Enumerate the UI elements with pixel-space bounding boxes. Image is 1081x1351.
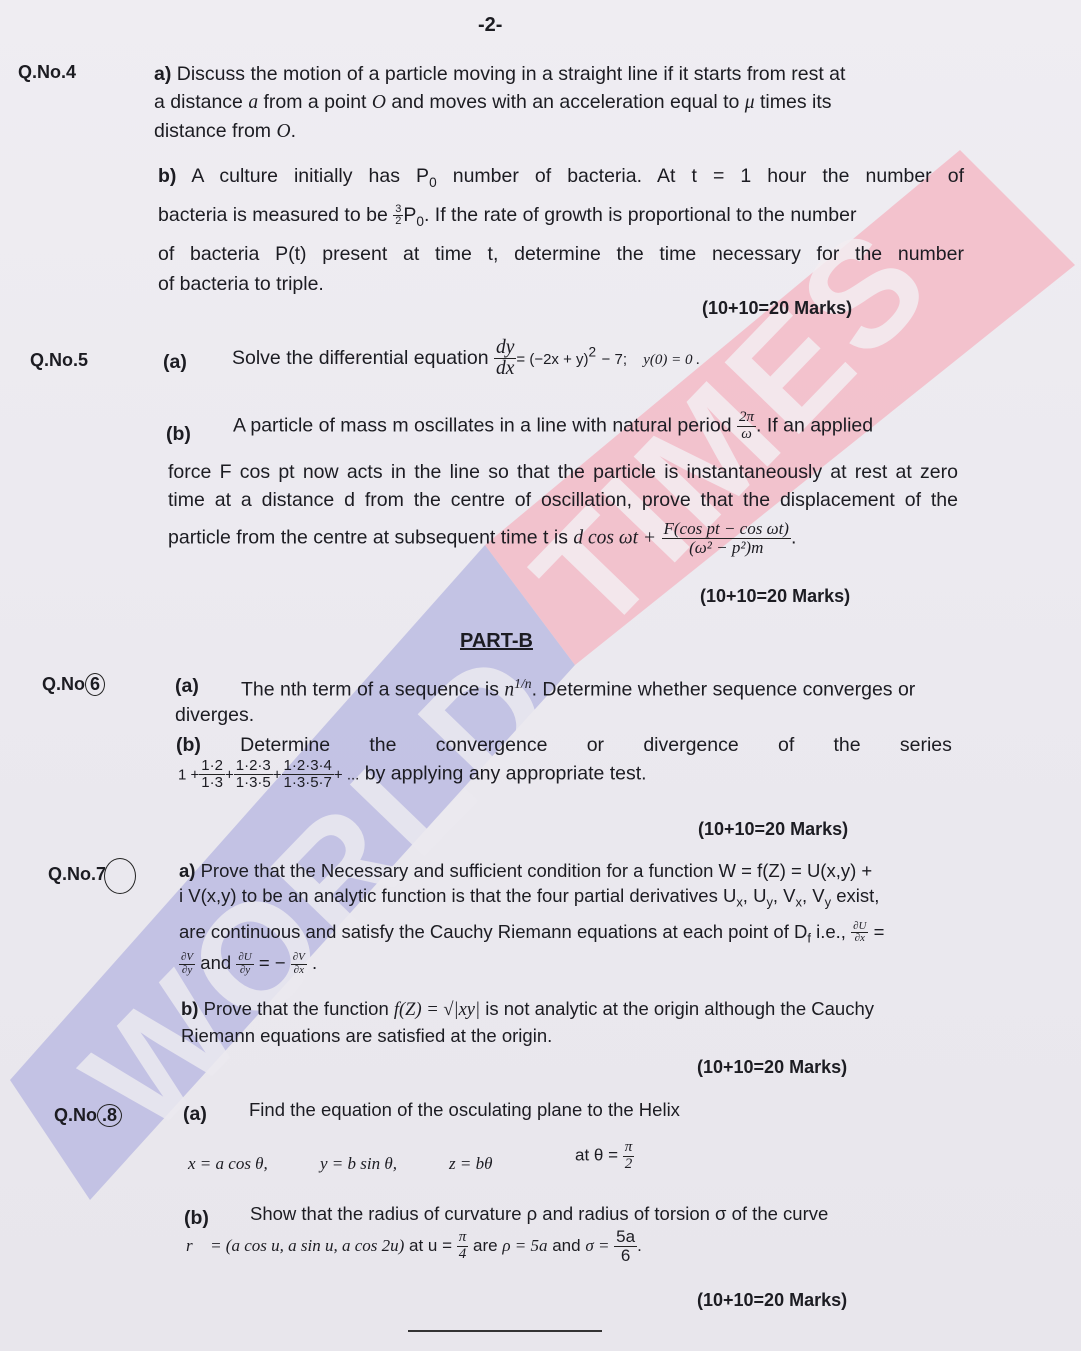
q8b-u-num: π — [457, 1230, 469, 1247]
q4b-line1-post: number of bacteria. At t = 1 hour the nu… — [453, 165, 964, 187]
q6b-series-end: + ... — [334, 766, 359, 783]
q8b-curve: r⃗ = (a cos u, a sin u, a cos 2u) — [186, 1236, 404, 1255]
q4b-p-sub: 0 — [416, 214, 424, 229]
q7b-line1-pre: Prove that the function — [204, 998, 389, 1019]
q8a-label: (a) — [183, 1100, 207, 1128]
marks-q5: (10+10=20 Marks) — [700, 586, 850, 607]
q8b-at: at u = — [409, 1236, 452, 1255]
q7a-label: a) — [179, 860, 195, 881]
q6b-series-start: 1 + — [178, 766, 199, 783]
q5-part-b-line1: A particle of mass m oscillates in a lin… — [233, 410, 959, 443]
q6b-term-num: 1·2 — [199, 758, 225, 775]
q4b-line2-pre: bacteria is measured to be — [158, 204, 388, 226]
q5b-frac-den: (ω² − p²)m — [662, 539, 791, 557]
q4a-line2-end: times its — [760, 91, 832, 113]
exam-page: WORLD TIMES -2- Q.No.4 a) Discuss the mo… — [0, 0, 1081, 1351]
q5b-line2: force F cos pt now acts in the line so t… — [168, 458, 958, 486]
q8b-u-den: 4 — [457, 1247, 469, 1263]
q5b-line1-end: . If an applied — [756, 414, 873, 436]
q5-part-b-body: force F cos pt now acts in the line so t… — [168, 458, 958, 557]
q8b-sigma-frac: 5a6 — [614, 1228, 637, 1265]
q4a-line3-end: . — [291, 120, 296, 142]
end-divider — [408, 1330, 602, 1332]
marks-q7: (10+10=20 Marks) — [697, 1057, 847, 1078]
q7a-cr-den: ∂x — [851, 933, 868, 945]
q4b-frac-den: 2 — [393, 216, 403, 228]
q8-label-num: .8 — [97, 1104, 122, 1127]
q7a-sub: y — [766, 895, 772, 910]
q5a-eq-tail: − 7; — [602, 351, 627, 368]
q7a-sub: x — [736, 895, 742, 910]
q5a-text: Solve the differential equation — [232, 347, 489, 369]
q4b-line1-pre: A culture initially has P — [191, 165, 429, 187]
q8b-are: are — [473, 1236, 498, 1255]
q8b-sigma: σ = — [585, 1236, 609, 1255]
q4a-line3-var: O — [276, 121, 290, 142]
q6b-term-num: 1·2·3·4 — [282, 758, 334, 775]
q5b-line4-expr: d cos ωt + — [573, 528, 656, 549]
q6b-term-den: 1·3 — [199, 775, 225, 791]
q8b-sigma-num: 5a — [614, 1228, 637, 1247]
q4b-label: b) — [158, 165, 176, 187]
q4a-var-a: a — [248, 92, 258, 113]
q7b-line1-post: is not analytic at the origin although t… — [485, 998, 874, 1019]
q7a-line1: Prove that the Necessary and sufficient … — [201, 860, 873, 881]
q5b-label: (b) — [166, 420, 191, 448]
q4b-line3: of bacteria P(t) present at time t, dete… — [158, 238, 964, 271]
q7a-line2: i V(x,y) to be an analytic function is t… — [179, 885, 736, 906]
q8b-and: and — [552, 1236, 580, 1255]
q5b-period-num: 2π — [737, 410, 756, 427]
q7a-line3-end: i.e., — [816, 921, 846, 942]
q7a-line3-sub: f — [807, 930, 811, 945]
q5b-line1: A particle of mass m oscillates in a lin… — [233, 414, 732, 436]
q7b-line2: Riemann equations are satisfied at the o… — [181, 1023, 951, 1049]
marks-q6: (10+10=20 Marks) — [698, 819, 848, 840]
q7-part-a: a) Prove that the Necessary and sufficie… — [179, 858, 949, 977]
q4-part-a: a) Discuss the motion of a particle movi… — [154, 60, 964, 146]
q8a-eq3: z = bθ — [449, 1150, 492, 1178]
q7a-cr-den: ∂y — [179, 965, 195, 977]
marks-q4: (10+10=20 Marks) — [702, 298, 852, 319]
q8b-line1: Show that the radius of curvature ρ and … — [250, 1200, 828, 1228]
q4b-p: P — [403, 204, 416, 226]
q6a-expr: n — [504, 680, 514, 701]
q8b-end: . — [637, 1236, 642, 1255]
q6a-line2: diverges. — [175, 703, 945, 727]
q8a-eq2: y = b sin θ, — [320, 1150, 397, 1178]
q8a-text: Find the equation of the osculating plan… — [249, 1096, 680, 1124]
q5b-period: 2πω — [737, 410, 756, 443]
q6b-word: of — [778, 731, 794, 759]
q5a-dydx: dydx — [494, 338, 516, 380]
q6b-word: the — [834, 731, 861, 759]
q4a-line1: Discuss the motion of a particle moving … — [177, 63, 846, 85]
q4b-fraction: 32 — [393, 204, 403, 228]
q4-part-b: b) A culture initially has P0 number of … — [158, 160, 964, 297]
q5a-den: dx — [494, 359, 516, 379]
q6b-word: series — [900, 731, 952, 759]
handwritten-circle-icon — [104, 858, 136, 894]
q8a-frac-den: 2 — [623, 1157, 635, 1173]
q8a-frac-num: π — [623, 1140, 635, 1157]
q6-part-a: The nth term of a sequence is n1/n. Dete… — [175, 672, 945, 727]
q6-part-b-line1: (b) Determine the convergence or diverge… — [176, 731, 952, 759]
q7a-cr-den: ∂y — [236, 965, 253, 977]
q5-part-a: Solve the differential equation dydx= (−… — [232, 338, 700, 380]
q4a-label: a) — [154, 63, 171, 85]
q8b-line2: r⃗ = (a cos u, a sin u, a cos 2u) at u =… — [186, 1228, 642, 1265]
question-label-q5: Q.No.5 — [30, 350, 88, 371]
q7a-and: and — [200, 952, 231, 973]
q8b-rho: ρ = 5a — [502, 1236, 547, 1255]
q8a-at-text: at θ = — [575, 1146, 618, 1165]
q4a-line2-mid: from a point — [264, 91, 367, 113]
q5a-exp: 2 — [589, 345, 597, 360]
q7a-cr4: ∂V∂x — [291, 952, 307, 976]
q6a-text-post: . Determine whether sequence converges o… — [532, 679, 916, 701]
q6b-term: 1·2·31·3·5 — [234, 758, 273, 791]
q6b-term-den: 1·3·5 — [234, 775, 273, 791]
q8a-fraction: π2 — [623, 1140, 635, 1173]
q4a-line3: distance from — [154, 120, 271, 142]
q5b-period-den: ω — [737, 427, 756, 443]
q8b-u-frac: π4 — [457, 1230, 469, 1263]
q6b-word: convergence — [436, 731, 548, 759]
q5a-label: (a) — [163, 348, 187, 376]
q4a-line2-pre: a distance — [154, 91, 243, 113]
q8-label-pre: Q.No — [54, 1105, 97, 1125]
question-label-q4: Q.No.4 — [18, 62, 76, 83]
q6b-term: 1·21·3 — [199, 758, 225, 791]
q7a-cr3: ∂U∂y — [236, 952, 253, 976]
q4b-line4: of bacteria to triple. — [158, 271, 964, 297]
q5b-line4-pre: particle from the centre at subsequent t… — [168, 527, 568, 549]
q5a-eq: = (−2x + y) — [516, 351, 588, 368]
q6a-expr-sup: 1/n — [514, 676, 531, 691]
q7a-line2-end: exist, — [836, 885, 879, 906]
q4a-var-mu: μ — [745, 92, 755, 113]
q4b-sub: 0 — [429, 175, 437, 190]
question-label-q6: Q.No6 — [42, 673, 105, 696]
q5a-num: dy — [494, 338, 516, 359]
q4a-line2-post: and moves with an acceleration equal to — [391, 91, 739, 113]
q5b-line4-end: . — [791, 527, 796, 549]
q6-series: 1 +1·21·3+1·2·31·3·5+1·2·3·41·3·5·7+ ...… — [178, 758, 647, 791]
question-label-q8: Q.No.8 — [54, 1104, 122, 1127]
q7a-sub: x — [796, 895, 802, 910]
q6b-word: Determine — [240, 731, 330, 759]
page-number: -2- — [478, 14, 502, 37]
q6b-term-den: 1·3·5·7 — [282, 775, 334, 791]
section-heading-part-b: PART-B — [460, 630, 533, 653]
q6b-line2-post: by applying any appropriate test. — [365, 762, 647, 784]
q7a-sub: y — [825, 895, 831, 910]
q8a-at: at θ = π2 — [575, 1140, 634, 1173]
q6b-word: or — [587, 731, 604, 759]
q7-part-b: b) Prove that the function f(Z) = √|xy| … — [181, 996, 951, 1049]
q7b-expr: f(Z) = √|xy| — [394, 1000, 480, 1020]
q6b-label: (b) — [176, 731, 201, 759]
q5b-fraction: F(cos pt − cos ωt)(ω² − p²)m — [662, 520, 791, 557]
q6-label-num: 6 — [85, 673, 105, 696]
q6-label-pre: Q.No — [42, 674, 85, 694]
q8a-eq1: x = a cos θ, — [188, 1150, 268, 1178]
q4a-var-o: O — [372, 92, 386, 113]
q5b-frac-num: F(cos pt − cos ωt) — [662, 520, 791, 539]
question-label-q7: Q.No.7 — [48, 864, 106, 885]
q6b-term-num: 1·2·3 — [234, 758, 273, 775]
q4b-line2-post: . If the rate of growth is proportional … — [424, 204, 857, 226]
q6b-term: 1·2·3·41·3·5·7 — [282, 758, 334, 791]
q6a-text-pre: The nth term of a sequence is — [241, 679, 499, 701]
q5a-condition: y(0) = 0 . — [643, 352, 700, 368]
q6b-word: the — [369, 731, 396, 759]
q6b-word: divergence — [643, 731, 738, 759]
marks-q8: (10+10=20 Marks) — [697, 1290, 847, 1311]
q7a-cr2: ∂V∂y — [179, 952, 195, 976]
q8b-sigma-den: 6 — [614, 1247, 637, 1265]
q7a-cr1: ∂U∂x — [851, 921, 868, 945]
q7a-line3: are continuous and satisfy the Cauchy Ri… — [179, 921, 807, 942]
q7b-label: b) — [181, 998, 198, 1019]
q7a-cr-den: ∂x — [291, 965, 307, 977]
q5b-line3: time at a distance d from the centre of … — [168, 486, 958, 514]
